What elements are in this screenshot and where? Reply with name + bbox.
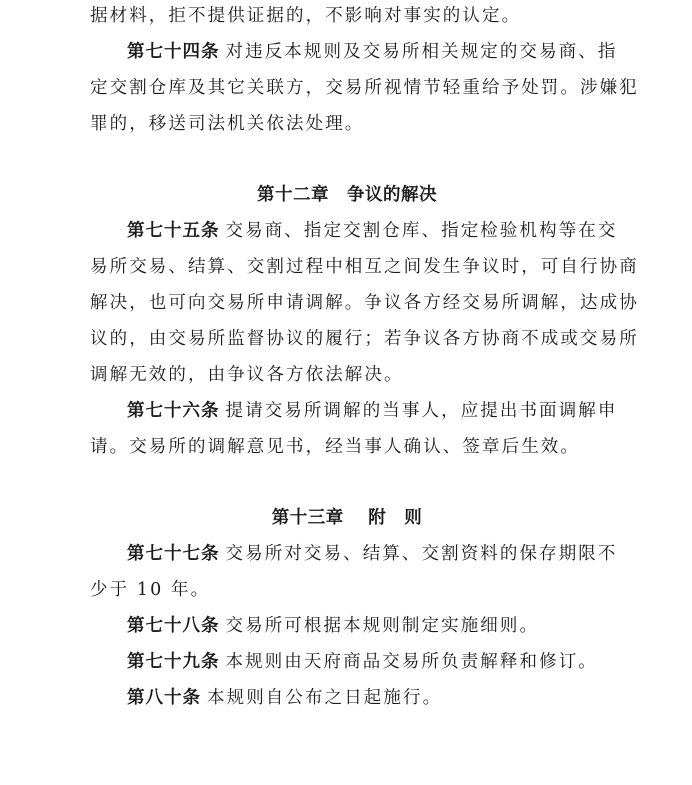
text-line: 议的，由交易所监督协议的履行；若争议各方协商不成或交易所 [90,321,604,357]
text-line: 定交割仓库及其它关联方，交易所视情节轻重给予处罚。涉嫌犯 [90,70,604,106]
article-number: 第七十六条 [127,401,220,421]
article-75-line: 第七十五条交易商、指定交割仓库、指定检验机构等在交 [90,213,604,249]
line-text: 交易所对交易、结算、交割资料的保存期限不 [226,544,618,564]
line-text: 交易所可根据本规则制定实施细则。 [226,616,540,636]
line-text: 易所交易、结算、交割过程中相互之间发生争议时，可自行协商 [90,257,639,277]
line-text: 本规则由天府商品交易所负责解释和修订。 [226,652,598,672]
line-text: 解决，也可向交易所申请调解。争议各方经交易所调解，达成协 [90,293,639,313]
article-number: 第七十五条 [127,221,220,241]
line-text: 请。交易所的调解意见书，经当事人确认、签章后生效。 [90,437,580,457]
line-text: 提请交易所调解的当事人，应提出书面调解申 [226,401,618,421]
article-number: 第七十八条 [127,616,220,636]
article-number: 第七十四条 [127,42,220,62]
text-line: 请。交易所的调解意见书，经当事人确认、签章后生效。 [90,429,604,465]
line-text: 罪的，移送司法机关依法处理。 [90,114,364,134]
chapter-12-heading: 第十二章 争议的解决 [90,177,604,213]
text-line: 易所交易、结算、交割过程中相互之间发生争议时，可自行协商 [90,249,604,285]
line-text: 据材料，拒不提供证据的，不影响对事实的认定。 [90,6,521,26]
article-80-line: 第八十条本规则自公布之日起施行。 [90,680,604,716]
article-77-line: 第七十七条交易所对交易、结算、交割资料的保存期限不 [90,536,604,572]
text-line: 据材料，拒不提供证据的，不影响对事实的认定。 [90,0,604,34]
article-number: 第七十九条 [127,652,220,672]
article-79-line: 第七十九条本规则由天府商品交易所负责解释和修订。 [90,644,604,680]
article-78-line: 第七十八条交易所可根据本规则制定实施细则。 [90,608,604,644]
article-76-line: 第七十六条提请交易所调解的当事人，应提出书面调解申 [90,393,604,429]
line-text: 对违反本规则及交易所相关规定的交易商、指 [226,42,618,62]
chapter-13-heading: 第十三章 附 则 [90,500,604,536]
line-text: 交易商、指定交割仓库、指定检验机构等在交 [226,221,618,241]
line-text: 调解无效的，由争议各方依法解决。 [90,365,404,385]
line-text: 议的，由交易所监督协议的履行；若争议各方协商不成或交易所 [90,329,639,349]
text-line: 调解无效的，由争议各方依法解决。 [90,357,604,393]
text-line: 解决，也可向交易所申请调解。争议各方经交易所调解，达成协 [90,285,604,321]
text-line: 少于 10 年。 [90,572,604,608]
line-text: 定交割仓库及其它关联方，交易所视情节轻重给予处罚。涉嫌犯 [90,78,639,98]
line-text: 少于 10 年。 [90,580,210,600]
text-line: 罪的，移送司法机关依法处理。 [90,106,604,142]
article-74-line: 第七十四条对违反本规则及交易所相关规定的交易商、指 [90,34,604,70]
article-number: 第七十七条 [127,544,220,564]
line-text: 本规则自公布之日起施行。 [207,688,442,708]
article-number: 第八十条 [127,688,201,708]
